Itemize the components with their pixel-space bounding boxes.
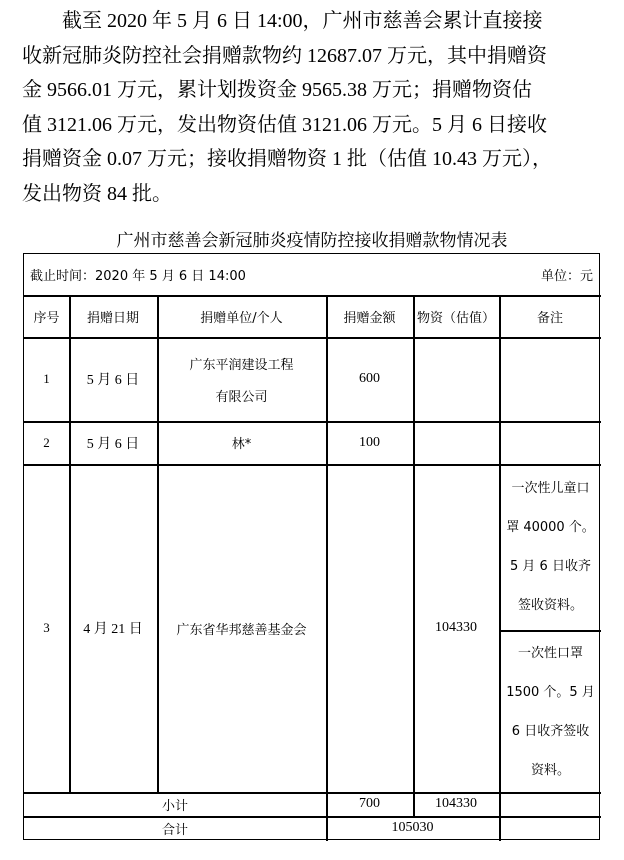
remark-line: 一次性口罩 <box>518 634 583 673</box>
remark-line: 罩 40000 个。 <box>506 508 595 547</box>
paragraph-line: 发出物资 84 批。 <box>22 177 602 212</box>
header-donor: 捐赠单位/个人 <box>157 295 326 337</box>
unit-label: 单位：元 <box>541 254 593 295</box>
paragraph-line: 收新冠肺炎防控社会捐赠款物约 12687.07 万元，其中捐赠资 <box>22 39 602 74</box>
row3-remark-1: 一次性儿童口 罩 40000 个。 5 月 6 日收齐 签收资料。 <box>500 464 601 630</box>
subtotal-amount: 700 <box>326 792 413 816</box>
remark-line: 5 月 6 日收齐 <box>510 547 591 586</box>
row3-goods: 104330 <box>413 464 499 792</box>
paragraph-line: 截至 2020 年 5 月 6 日 14:00，广州市慈善会累计直接接 <box>22 4 602 39</box>
deadline-label: 截止时间：2020 年 5 月 6 日 14:00 <box>30 254 246 295</box>
row2-amount: 100 <box>326 421 413 464</box>
row1-date: 5 月 6 日 <box>69 337 157 421</box>
header-remarks: 备注 <box>499 295 601 337</box>
row1-donor-line2: 有限公司 <box>157 379 326 421</box>
header-date: 捐赠日期 <box>69 295 157 337</box>
row3-donor: 广东省华邦慈善基金会 <box>157 464 326 792</box>
paragraph-line: 金 9566.01 万元，累计划拨资金 9565.38 万元；捐赠物资估 <box>22 73 602 108</box>
subtotal-label: 小计 <box>24 792 326 816</box>
remark-line: 1500 个。5 月 <box>506 673 595 712</box>
row1-amount: 600 <box>326 337 413 421</box>
row3-remark-2: 一次性口罩 1500 个。5 月 6 日收齐签收 资料。 <box>500 631 601 792</box>
row3-date: 4 月 21 日 <box>69 464 157 792</box>
remark-line: 一次性儿童口 <box>511 469 589 508</box>
header-goods: 物资（估值） <box>413 295 499 337</box>
donation-table: 截止时间：2020 年 5 月 6 日 14:00 单位：元 序号 捐赠日期 捐… <box>23 253 600 840</box>
row3-no: 3 <box>24 464 69 792</box>
header-no: 序号 <box>24 295 69 337</box>
paragraph-line: 捐赠资金 0.07 万元；接收捐赠物资 1 批（估值 10.43 万元）， <box>22 142 602 177</box>
remark-line: 资料。 <box>531 751 570 790</box>
remark-line: 6 日收齐签收 <box>512 712 589 751</box>
summary-paragraph: 截至 2020 年 5 月 6 日 14:00，广州市慈善会累计直接接 收新冠肺… <box>22 4 602 211</box>
row2-no: 2 <box>24 421 69 464</box>
row2-date: 5 月 6 日 <box>69 421 157 464</box>
row1-donor-line1: 广东平润建设工程 <box>157 337 326 379</box>
row1-no: 1 <box>24 337 69 421</box>
remark-line: 签收资料。 <box>518 586 583 625</box>
subtotal-goods: 104330 <box>413 792 499 816</box>
table-title: 广州市慈善会新冠肺炎疫情防控接收捐赠款物情况表 <box>0 226 624 251</box>
row2-donor: 林* <box>157 421 326 464</box>
total-label: 合计 <box>24 816 326 840</box>
paragraph-line: 值 3121.06 万元，发出物资估值 3121.06 万元。5 月 6 日接收 <box>22 108 602 143</box>
header-amount: 捐赠金额 <box>326 295 413 337</box>
total-value: 105030 <box>326 816 499 840</box>
